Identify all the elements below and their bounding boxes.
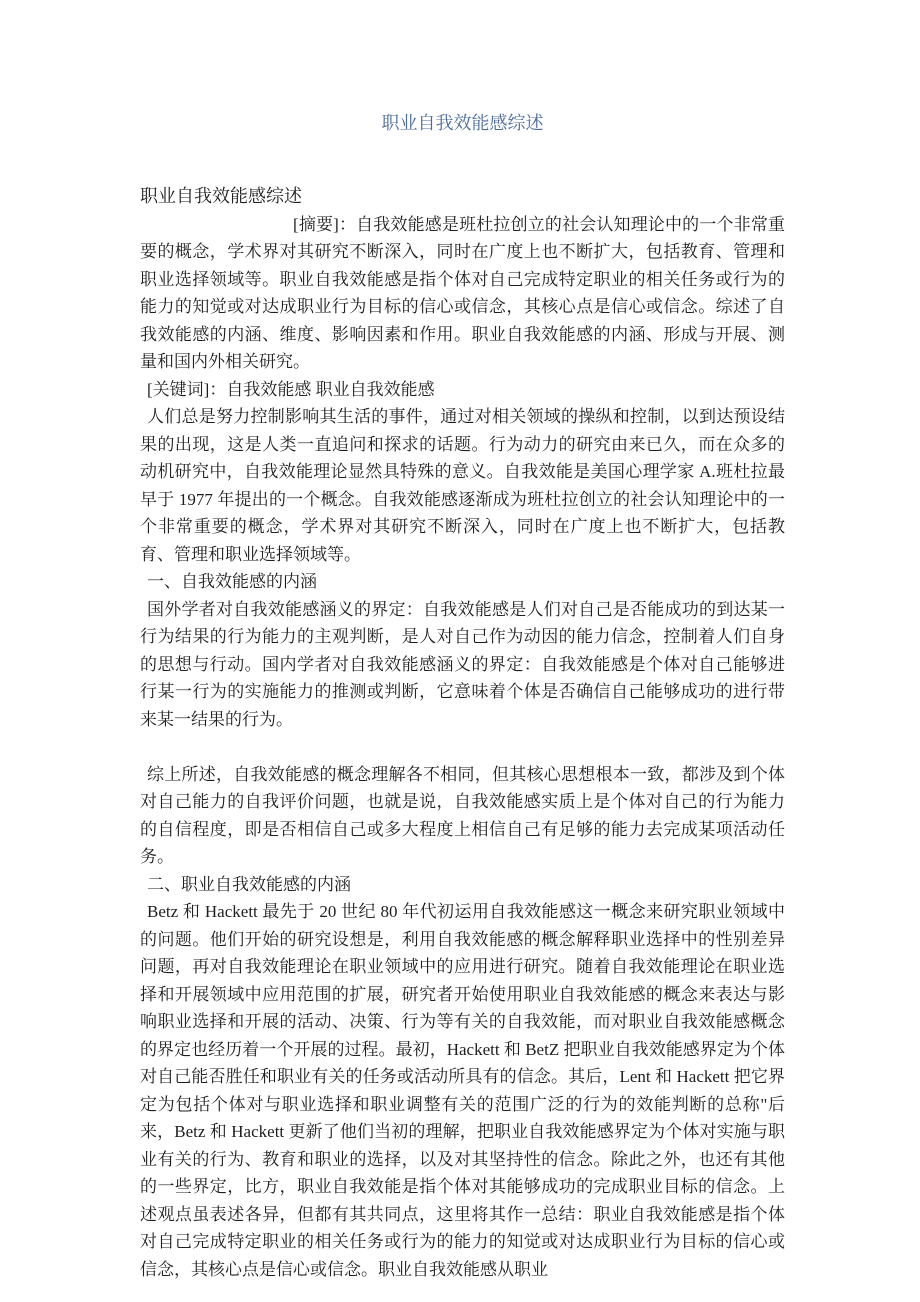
section-heading-1: 一、自我效能感的内涵 — [140, 568, 785, 596]
paragraph-summary: 综上所述，自我效能感的概念理解各不相同，但其核心思想根本一致，都涉及到个体对自己… — [140, 761, 785, 871]
blank-line — [140, 733, 785, 761]
section-heading-2: 二、职业自我效能感的内涵 — [140, 871, 785, 899]
document-page: 职业自我效能感综述 职业自我效能感综述 [摘要]：自我效能感是班杜拉创立的社会认… — [0, 0, 920, 1302]
doc-title: 职业自我效能感综述 — [140, 108, 785, 138]
intro-paragraph: 人们总是努力控制影响其生活的事件，通过对相关领域的操纵和控制，以到达预设结果的出… — [140, 403, 785, 568]
paragraph-career-self-efficacy: Betz 和 Hackett 最先于 20 世纪 80 年代初运用自我效能感这一… — [140, 898, 785, 1283]
doc-subtitle: 职业自我效能感综述 — [140, 183, 785, 211]
keywords-line: [关键词]：自我效能感 职业自我效能感 — [140, 376, 785, 404]
abstract-paragraph: [摘要]：自我效能感是班杜拉创立的社会认知理论中的一个非常重要的概念，学术界对其… — [140, 211, 785, 376]
paragraph-definitions: 国外学者对自我效能感涵义的界定：自我效能感是人们对自己是否能成功的到达某一行为结… — [140, 596, 785, 734]
